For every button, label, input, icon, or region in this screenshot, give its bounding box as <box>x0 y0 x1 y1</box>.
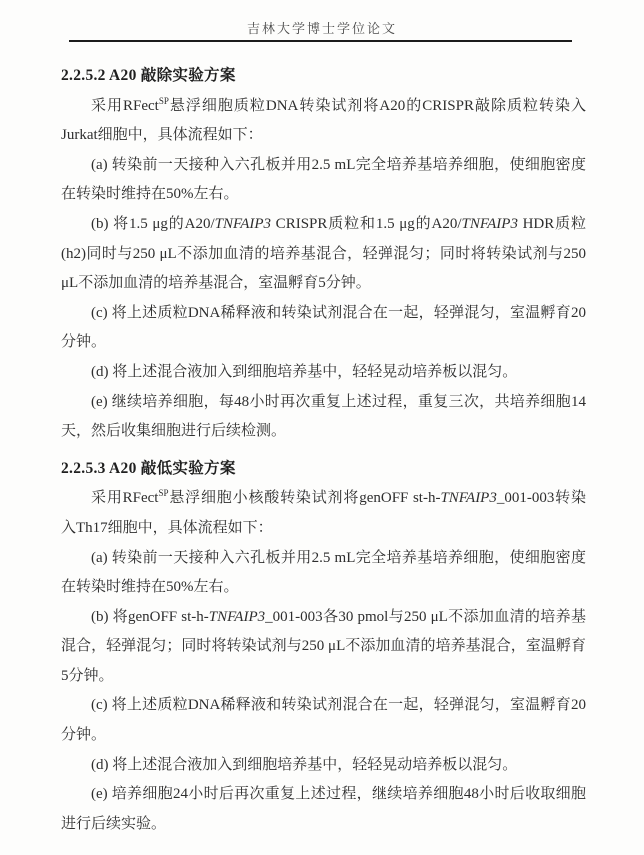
superscript-label: SP <box>158 488 168 498</box>
text-run: 悬浮细胞小核酸转染试剂将genOFF st-h- <box>169 490 441 506</box>
gene-name-italic: TNFAIP3 <box>462 216 518 232</box>
text-run: CRISPR质粒和1.5 μg的A20/ <box>271 216 461 232</box>
text-run: (a) 转染前一天接种入六孔板并用2.5 mL完全培养基培养细胞，使细胞密度在转… <box>61 157 586 203</box>
paragraph: (d) 将上述混合液加入到细胞培养基中，轻轻晃动培养板以混匀。 <box>61 358 586 388</box>
paragraph: (a) 转染前一天接种入六孔板并用2.5 mL完全培养基培养细胞，使细胞密度在转… <box>61 544 586 603</box>
text-run: (b) 将1.5 μg的A20/ <box>91 216 215 232</box>
text-run: 采用RFect <box>91 98 159 114</box>
paragraph: (b) 将genOFF st-h-TNFAIP3_001-003各30 pmol… <box>61 603 586 692</box>
paragraph: 采用RFectSP悬浮细胞质粒DNA转染试剂将A20的CRISPR敲除质粒转染入… <box>61 92 586 151</box>
text-run: (d) 将上述混合液加入到细胞培养基中，轻轻晃动培养板以混匀。 <box>91 364 517 380</box>
paragraph: (a) 转染前一天接种入六孔板并用2.5 mL完全培养基培养细胞，使细胞密度在转… <box>61 151 586 210</box>
text-run: (e) 继续培养细胞，每48小时再次重复上述过程，重复三次，共培养细胞14天，然… <box>61 394 586 440</box>
thesis-page: 吉林大学博士学位论文 2.2.5.2 A20 敲除实验方案采用RFectSP悬浮… <box>0 0 644 855</box>
running-head-title: 吉林大学博士学位论文 <box>0 18 644 37</box>
gene-name-italic: TNFAIP3 <box>209 609 265 625</box>
text-run: (d) 将上述混合液加入到细胞培养基中，轻轻晃动培养板以混匀。 <box>91 757 517 773</box>
superscript-label: SP <box>159 96 169 106</box>
text-run: (e) 培养细胞24小时后再次重复上述过程，继续培养细胞48小时后收取细胞进行后… <box>61 786 586 832</box>
paragraph: (d) 将上述混合液加入到细胞培养基中，轻轻晃动培养板以混匀。 <box>61 751 586 781</box>
text-run: (a) 转染前一天接种入六孔板并用2.5 mL完全培养基培养细胞，使细胞密度在转… <box>61 550 586 596</box>
paragraph: (c) 将上述质粒DNA稀释液和转染试剂混合在一起，轻弹混匀，室温孵育20分钟。 <box>61 299 586 358</box>
gene-name-italic: TNFAIP3 <box>215 216 271 232</box>
paragraph: 采用RFectSP悬浮细胞小核酸转染试剂将genOFF st-h-TNFAIP3… <box>61 484 586 543</box>
text-run: (c) 将上述质粒DNA稀释液和转染试剂混合在一起，轻弹混匀，室温孵育20分钟。 <box>61 697 586 743</box>
paragraph: (b) 将1.5 μg的A20/TNFAIP3 CRISPR质粒和1.5 μg的… <box>61 210 586 299</box>
paragraph: (e) 培养细胞24小时后再次重复上述过程，继续培养细胞48小时后收取细胞进行后… <box>61 780 586 839</box>
header-rule <box>69 40 572 42</box>
text-run: 采用RFect <box>91 490 158 506</box>
paragraph: (e) 继续培养细胞，每48小时再次重复上述过程，重复三次，共培养细胞14天，然… <box>61 388 586 447</box>
text-run: (b) 将genOFF st-h- <box>91 609 209 625</box>
gene-name-italic: TNFAIP3 <box>440 490 496 506</box>
section-heading: 2.2.5.3 A20 敲低实验方案 <box>61 447 586 485</box>
section-heading: 2.2.5.2 A20 敲除实验方案 <box>61 54 586 92</box>
document-body: 2.2.5.2 A20 敲除实验方案采用RFectSP悬浮细胞质粒DNA转染试剂… <box>61 54 586 839</box>
text-run: (c) 将上述质粒DNA稀释液和转染试剂混合在一起，轻弹混匀，室温孵育20分钟。 <box>61 305 586 351</box>
paragraph: (c) 将上述质粒DNA稀释液和转染试剂混合在一起，轻弹混匀，室温孵育20分钟。 <box>61 691 586 750</box>
